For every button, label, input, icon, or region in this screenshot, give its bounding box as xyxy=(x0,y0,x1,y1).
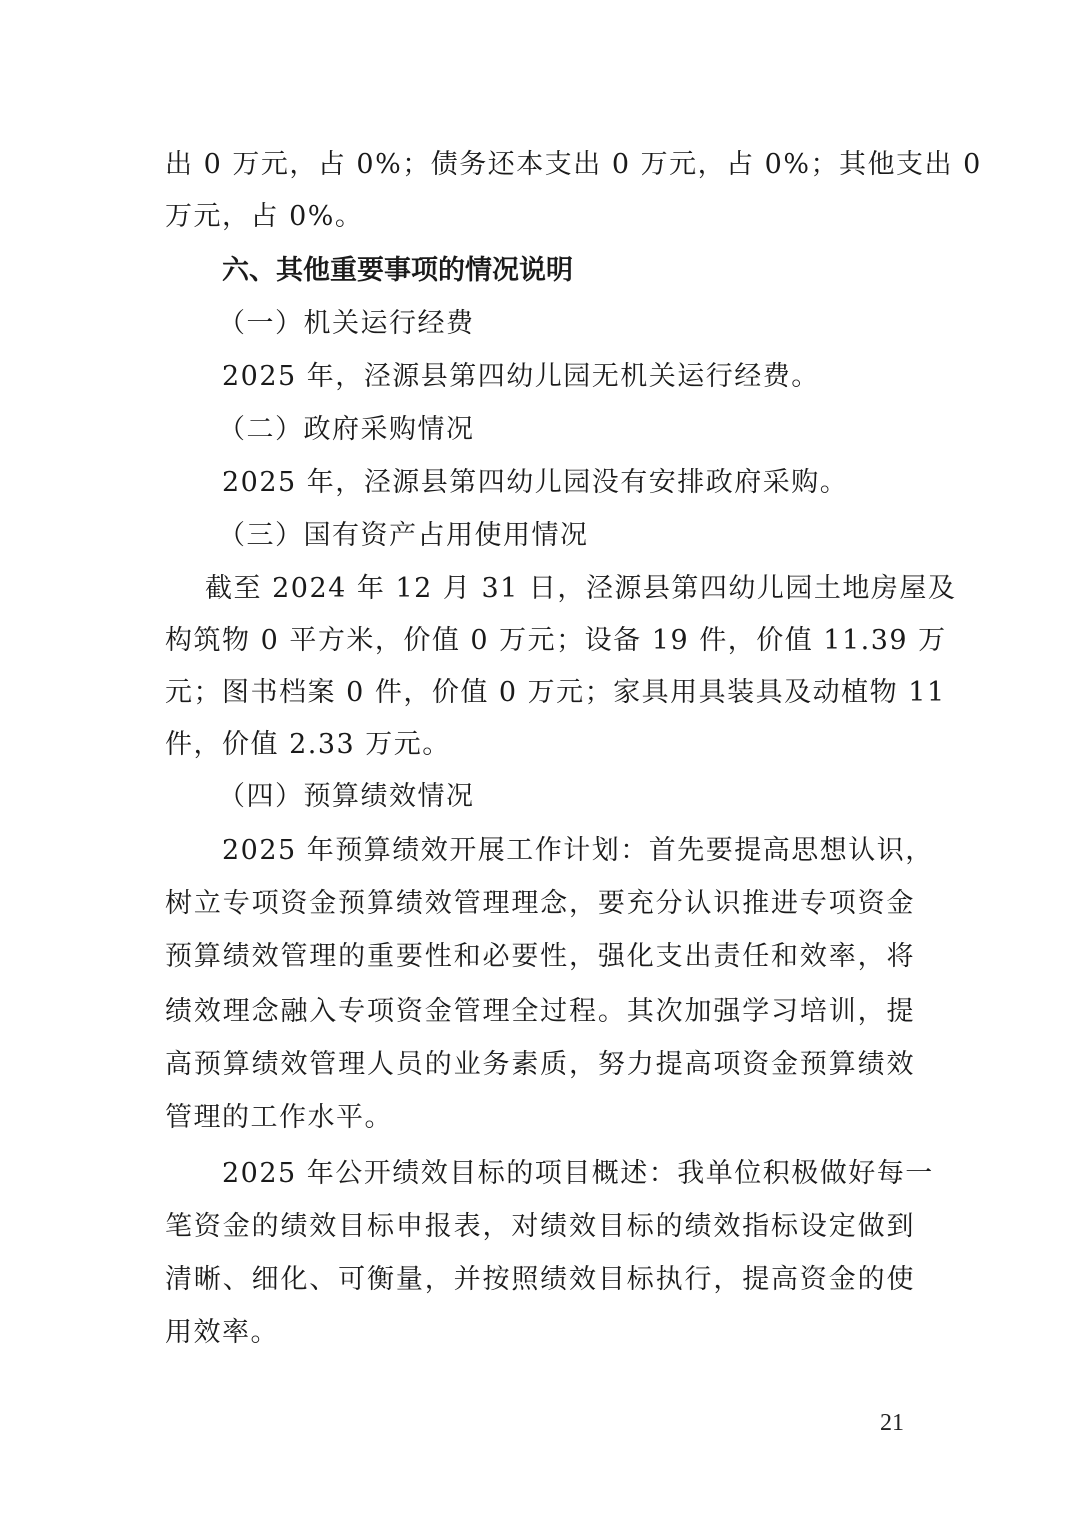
paragraph-line: 清晰、细化、可衡量，并按照绩效目标执行，提高资金的使 xyxy=(165,1263,915,1297)
paragraph-line: 2025 年，泾源县第四幼儿园没有安排政府采购。 xyxy=(222,466,972,500)
paragraph-line: 截至 2024 年 12 月 31 日，泾源县第四幼儿园土地房屋及 xyxy=(205,572,915,606)
paragraph-line: 管理的工作水平。 xyxy=(165,1101,915,1135)
paragraph-line: 2025 年预算绩效开展工作计划：首先要提高思想认识， xyxy=(222,834,915,868)
paragraph-line: 树立专项资金预算绩效管理理念，要充分认识推进专项资金 xyxy=(165,887,915,921)
paragraph-line: 笔资金的绩效目标申报表，对绩效目标的绩效指标设定做到 xyxy=(165,1210,915,1244)
subsection-title: （四）预算绩效情况 xyxy=(218,780,968,814)
paragraph-line: 万元，占 0%。 xyxy=(165,200,915,234)
paragraph-line: 预算绩效管理的重要性和必要性，强化支出责任和效率，将 xyxy=(165,940,915,974)
document-page: 出 0 万元，占 0%；债务还本支出 0 万元，占 0%；其他支出 0 万元，占… xyxy=(0,0,1074,1520)
paragraph-line: 构筑物 0 平方米，价值 0 万元；设备 19 件，价值 11.39 万 xyxy=(165,624,915,658)
paragraph-line: 2025 年公开绩效目标的项目概述：我单位积极做好每一 xyxy=(222,1157,915,1191)
page-number: 21 xyxy=(880,1410,904,1437)
paragraph-line: 用效率。 xyxy=(165,1316,915,1350)
paragraph-line: 出 0 万元，占 0%；债务还本支出 0 万元，占 0%；其他支出 0 xyxy=(165,148,915,182)
subsection-title: （三）国有资产占用使用情况 xyxy=(218,519,968,553)
paragraph-line: 绩效理念融入专项资金管理全过程。其次加强学习培训，提 xyxy=(165,995,915,1029)
paragraph-line: 元；图书档案 0 件，价值 0 万元；家具用具装具及动植物 11 xyxy=(165,676,915,710)
paragraph-line: 件，价值 2.33 万元。 xyxy=(165,728,915,762)
paragraph-line: 高预算绩效管理人员的业务素质，努力提高项资金预算绩效 xyxy=(165,1048,915,1082)
section-heading: 六、其他重要事项的情况说明 xyxy=(222,254,972,288)
paragraph-line: 2025 年，泾源县第四幼儿园无机关运行经费。 xyxy=(222,360,972,394)
subsection-title: （一）机关运行经费 xyxy=(218,307,968,341)
subsection-title: （二）政府采购情况 xyxy=(218,413,968,447)
